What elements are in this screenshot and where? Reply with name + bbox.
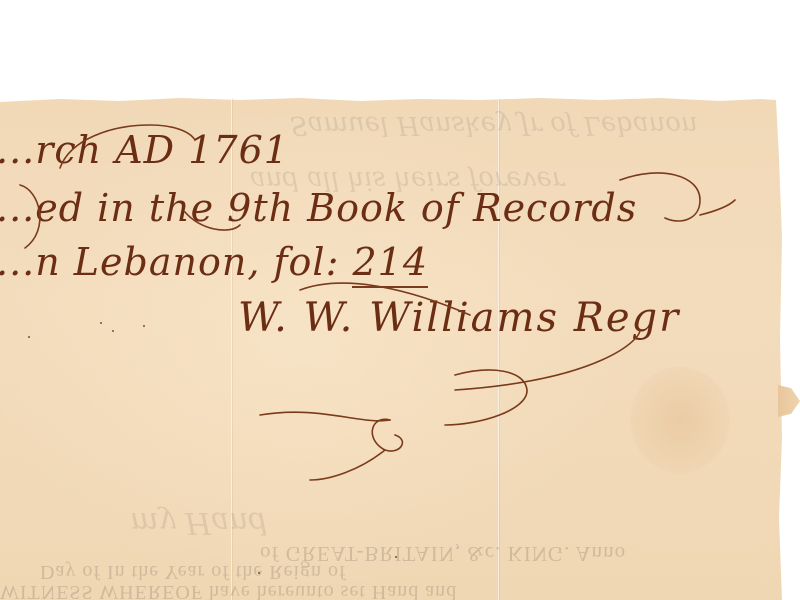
- ink-speck: [258, 572, 260, 574]
- ink-speck: [28, 336, 30, 338]
- signature-flourish: [0, 0, 800, 600]
- ink-speck: [112, 330, 114, 332]
- ink-speck: [100, 322, 102, 324]
- ink-speck: [143, 325, 145, 327]
- ink-speck: [395, 556, 397, 558]
